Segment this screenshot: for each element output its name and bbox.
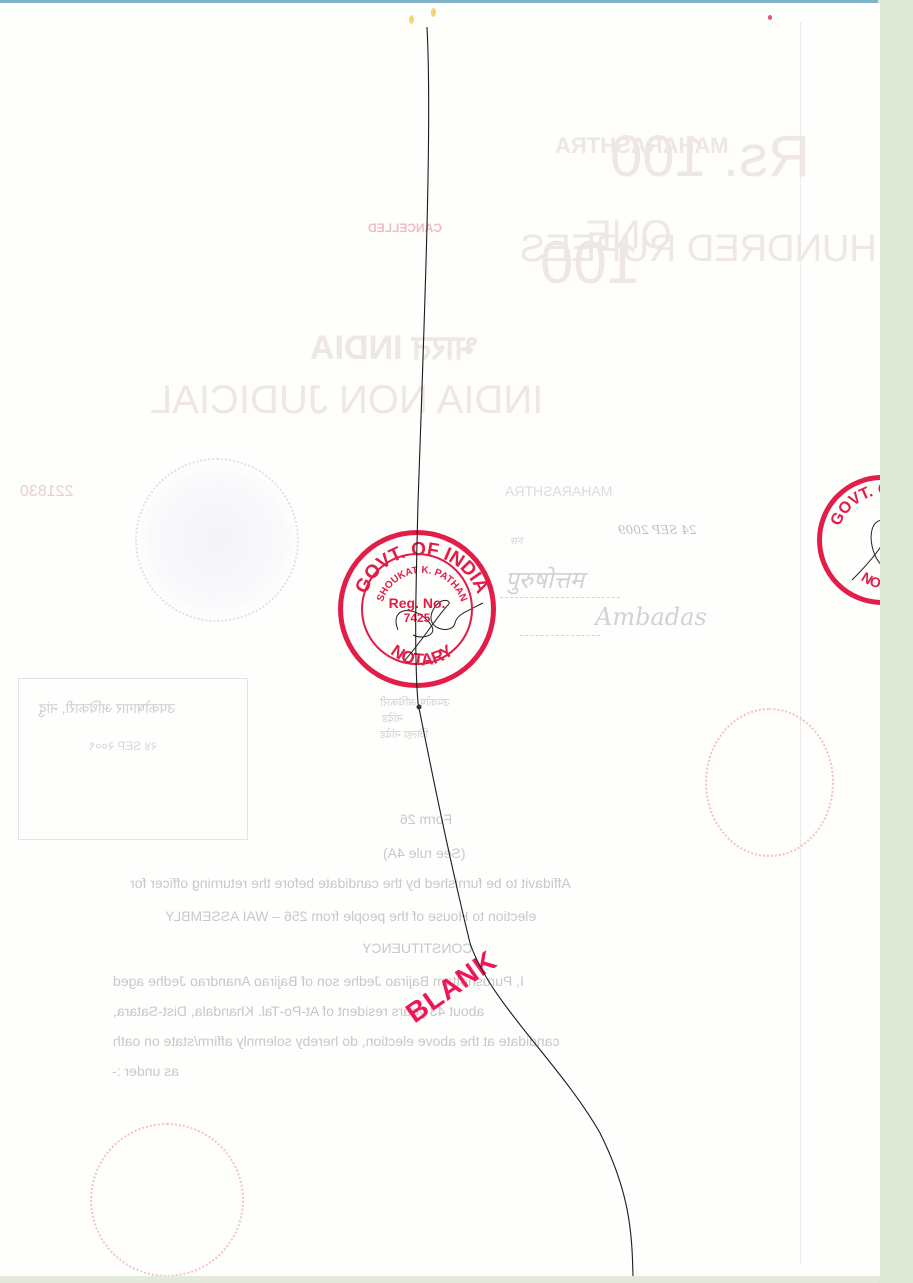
document-page: MAHARASHTRA Rs. 100 ONE 100 HUNDRED RUPE… [0, 3, 880, 1276]
scan-background-strip [878, 0, 913, 1283]
cancellation-line [0, 3, 880, 1276]
